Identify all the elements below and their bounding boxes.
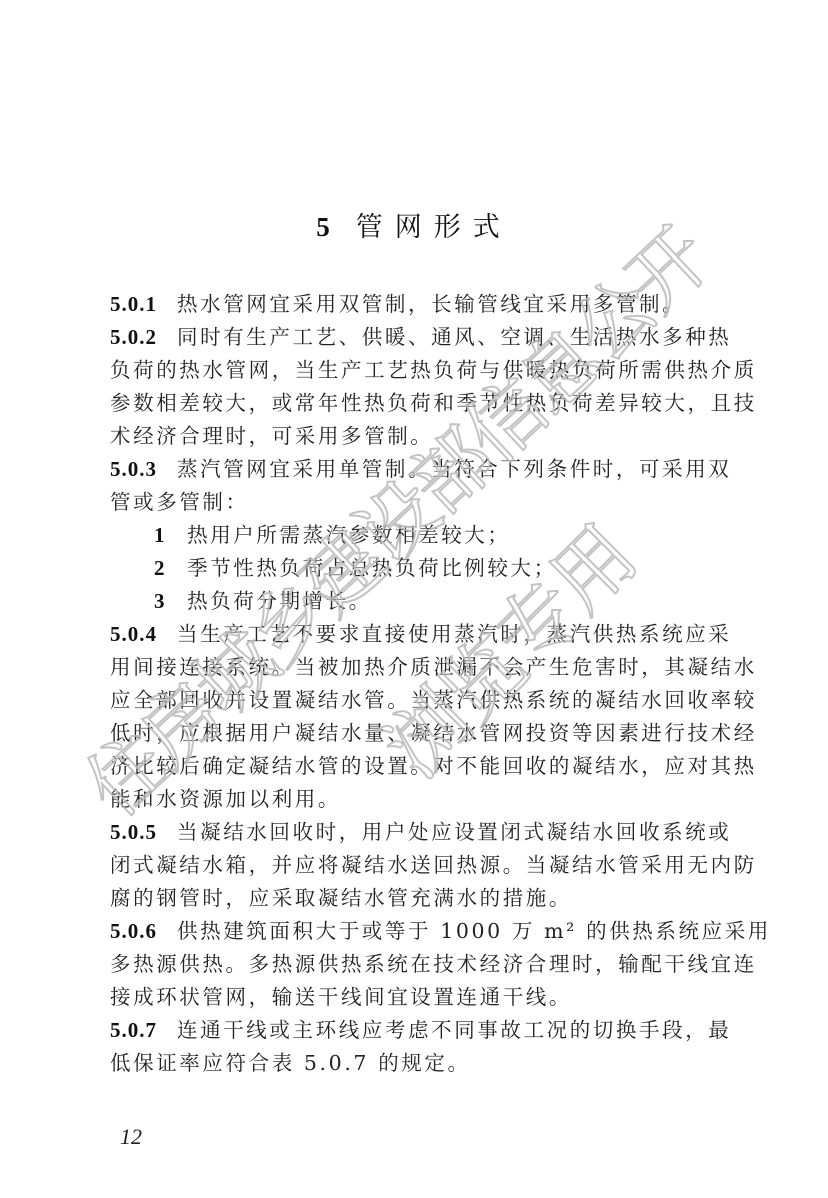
line-text: 用间接连接系统。当被加热介质泄漏不会产生危害时，其凝结水 <box>110 655 757 679</box>
line-text: 季节性热负荷占总热负荷比例较大； <box>187 556 557 580</box>
line-text: 连通干线或主环线应考虑不同事故工况的切换手段，最 <box>177 1018 731 1042</box>
line-text: 术经济合理时，可采用多管制。 <box>110 424 433 448</box>
document-body: 5.0.1热水管网宜采用双管制，长输管线宜采用多管制。5.0.2同时有生产工艺、… <box>110 288 722 1080</box>
text-line: 应全部回收并设置凝结水管。当蒸汽供热系统的凝结水回收率较 <box>110 684 722 717</box>
clause-number: 5.0.1 <box>110 292 157 316</box>
line-text: 供热建筑面积大于或等于 1000 万 m² 的供热系统应采用 <box>177 919 771 943</box>
line-text: 管或多管制： <box>110 490 249 514</box>
list-item-number: 1 <box>154 523 167 547</box>
clause-number: 5.0.6 <box>110 919 157 943</box>
list-item: 3热负荷分期增长。 <box>110 585 722 618</box>
line-text: 能和水资源加以利用。 <box>110 787 341 811</box>
line-text: 闭式凝结水箱，并应将凝结水送回热源。当凝结水管采用无内防 <box>110 853 757 877</box>
text-line: 能和水资源加以利用。 <box>110 783 722 816</box>
clause-line: 5.0.2同时有生产工艺、供暖、通风、空调、生活热水多种热 <box>110 321 722 354</box>
text-line: 术经济合理时，可采用多管制。 <box>110 420 722 453</box>
chapter-title-text: 管网形式 <box>356 212 512 243</box>
clause-line: 5.0.4当生产工艺不要求直接使用蒸汽时，蒸汽供热系统应采 <box>110 618 722 651</box>
clause-line: 5.0.6供热建筑面积大于或等于 1000 万 m² 的供热系统应采用 <box>110 915 722 948</box>
clause-number: 5.0.7 <box>110 1018 157 1042</box>
clause-line: 5.0.3蒸汽管网宜采用单管制。当符合下列条件时，可采用双 <box>110 453 722 486</box>
line-text: 腐的钢管时，应采取凝结水管充满水的措施。 <box>110 886 572 910</box>
chapter-number: 5 <box>316 212 342 242</box>
list-item: 1热用户所需蒸汽参数相差较大； <box>110 519 722 552</box>
text-line: 多热源供热。多热源供热系统在技术经济合理时，输配干线宜连 <box>110 948 722 981</box>
clause-number: 5.0.2 <box>110 325 157 349</box>
clause-line: 5.0.7连通干线或主环线应考虑不同事故工况的切换手段，最 <box>110 1014 722 1047</box>
line-text: 热水管网宜采用双管制，长输管线宜采用多管制。 <box>177 292 685 316</box>
line-text: 接成环状管网，输送干线间宜设置连通干线。 <box>110 985 572 1009</box>
document-page: 5管网形式 5.0.1热水管网宜采用双管制，长输管线宜采用多管制。5.0.2同时… <box>0 0 828 1198</box>
text-line: 腐的钢管时，应采取凝结水管充满水的措施。 <box>110 882 722 915</box>
line-text: 热用户所需蒸汽参数相差较大； <box>187 523 510 547</box>
line-text: 当生产工艺不要求直接使用蒸汽时，蒸汽供热系统应采 <box>177 622 731 646</box>
list-item: 2季节性热负荷占总热负荷比例较大； <box>110 552 722 585</box>
list-item-number: 2 <box>154 556 167 580</box>
line-text: 多热源供热。多热源供热系统在技术经济合理时，输配干线宜连 <box>110 952 757 976</box>
clause-line: 5.0.5当凝结水回收时，用户处应设置闭式凝结水回收系统或 <box>110 816 722 849</box>
text-line: 济比较后确定凝结水管的设置。对不能回收的凝结水，应对其热 <box>110 750 722 783</box>
line-text: 应全部回收并设置凝结水管。当蒸汽供热系统的凝结水回收率较 <box>110 688 757 712</box>
line-text: 蒸汽管网宜采用单管制。当符合下列条件时，可采用双 <box>177 457 731 481</box>
line-text: 负荷的热水管网，当生产工艺热负荷与供暖热负荷所需供热介质 <box>110 358 757 382</box>
line-text: 热负荷分期增长。 <box>187 589 372 613</box>
text-line: 低保证率应符合表 5.0.7 的规定。 <box>110 1047 722 1080</box>
text-line: 用间接连接系统。当被加热介质泄漏不会产生危害时，其凝结水 <box>110 651 722 684</box>
line-text: 同时有生产工艺、供暖、通风、空调、生活热水多种热 <box>177 325 731 349</box>
text-line: 低时，应根据用户凝结水量、凝结水管网投资等因素进行技术经 <box>110 717 722 750</box>
page-number: 12 <box>120 1124 142 1150</box>
clause-number: 5.0.5 <box>110 820 157 844</box>
text-line: 接成环状管网，输送干线间宜设置连通干线。 <box>110 981 722 1014</box>
text-line: 负荷的热水管网，当生产工艺热负荷与供暖热负荷所需供热介质 <box>110 354 722 387</box>
text-line: 闭式凝结水箱，并应将凝结水送回热源。当凝结水管采用无内防 <box>110 849 722 882</box>
line-text: 低时，应根据用户凝结水量、凝结水管网投资等因素进行技术经 <box>110 721 757 745</box>
line-text: 济比较后确定凝结水管的设置。对不能回收的凝结水，应对其热 <box>110 754 757 778</box>
clause-number: 5.0.4 <box>110 622 157 646</box>
chapter-title: 5管网形式 <box>0 205 828 244</box>
list-item-number: 3 <box>154 589 167 613</box>
line-text: 参数相差较大，或常年性热负荷和季节性热负荷差异较大，且技 <box>110 391 757 415</box>
line-text: 当凝结水回收时，用户处应设置闭式凝结水回收系统或 <box>177 820 731 844</box>
clause-line: 5.0.1热水管网宜采用双管制，长输管线宜采用多管制。 <box>110 288 722 321</box>
clause-number: 5.0.3 <box>110 457 157 481</box>
line-text: 低保证率应符合表 5.0.7 的规定。 <box>110 1051 471 1075</box>
text-line: 参数相差较大，或常年性热负荷和季节性热负荷差异较大，且技 <box>110 387 722 420</box>
text-line: 管或多管制： <box>110 486 722 519</box>
